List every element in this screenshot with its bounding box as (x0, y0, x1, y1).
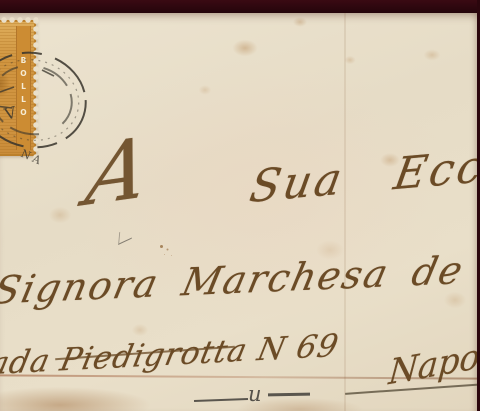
postmark-letter-fragment: V (1, 103, 18, 125)
postmark-cancel: V NA (0, 40, 92, 165)
ink-specks (160, 245, 163, 248)
paper-crease-vertical (344, 13, 346, 411)
letter-paper: BOLLO V NA A Sua Eccza Signora Marchesa … (0, 13, 477, 411)
cover-photo: BOLLO V NA A Sua Eccza Signora Marchesa … (0, 0, 480, 411)
postmark-date-strokes (0, 70, 54, 108)
pencil-dash-line-right (268, 393, 310, 396)
postmark-town-fragment: NA (19, 147, 46, 165)
pencil-dash-line-left (194, 398, 248, 402)
address-street-line: ada Piedigrotta N 69 (0, 328, 342, 383)
pencil-scribble (118, 226, 133, 245)
pencil-annotation: u (248, 382, 262, 406)
address-honorific: Sua Eccza (246, 136, 480, 213)
photo-background-top-edge (0, 0, 480, 13)
address-name-line: Signora Marchesa de Sily (0, 243, 480, 312)
